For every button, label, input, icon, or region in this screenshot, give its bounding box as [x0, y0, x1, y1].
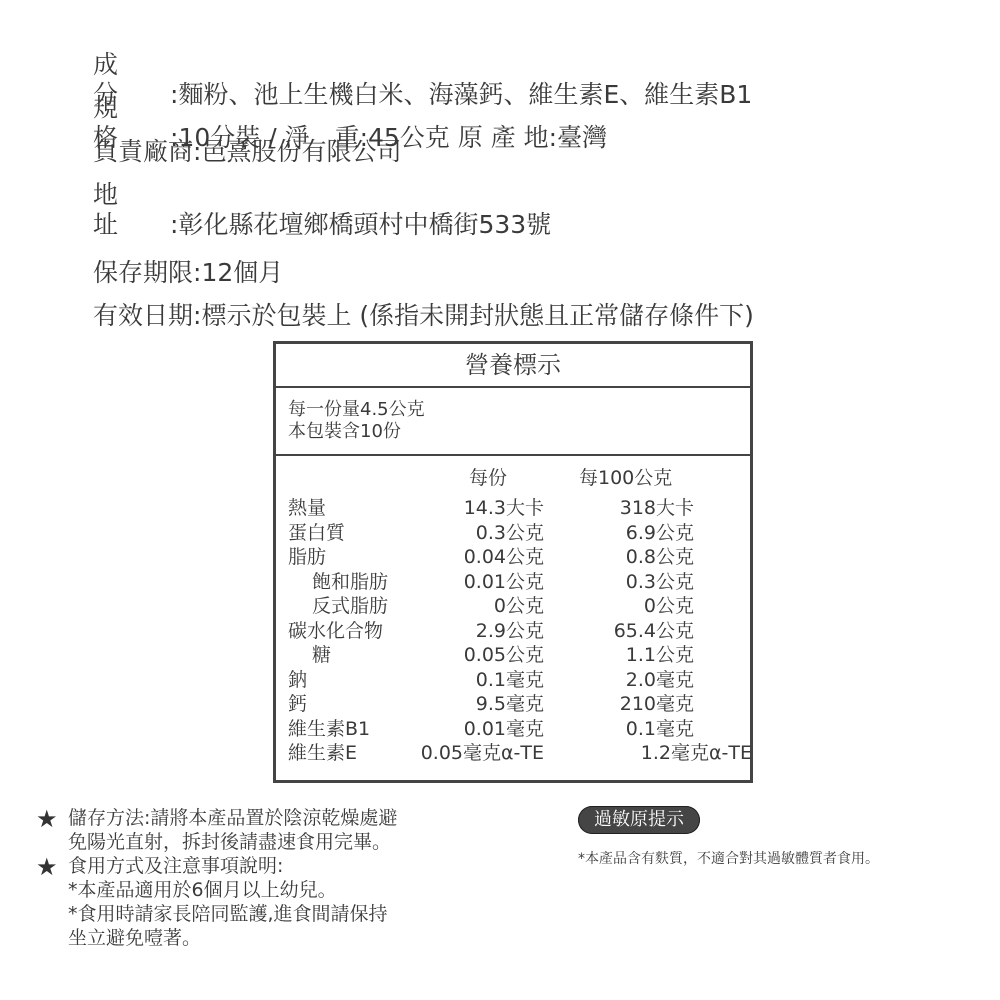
value-per-serving: 0公克 [494, 594, 544, 618]
value-per-100g: 2.0毫克 [626, 668, 694, 692]
servings-per-pack: 本包裝含10份 [288, 421, 401, 443]
nutrition-table: 營養標示 每一份量4.5公克 本包裝含10份 每份 每100公克 熱量14.3大… [273, 341, 753, 783]
nutrient-name: 熱量 [288, 496, 326, 520]
value-per-serving: 0.01毫克 [464, 717, 544, 741]
table-row: 鈣9.5毫克210毫克 [276, 692, 750, 716]
spec-line: 規 格:10分裝 / 淨 重:45公克 原 產 地:臺灣 [93, 93, 607, 123]
value-per-100g: 0.1毫克 [626, 717, 694, 741]
value-per-serving: 0.01公克 [464, 570, 544, 594]
serving-info: 每一份量4.5公克 本包裝含10份 [276, 388, 750, 456]
nutrient-name: 反式脂肪 [312, 594, 388, 618]
table-row: 碳水化合物2.9公克65.4公克 [276, 619, 750, 643]
nutrient-name: 飽和脂肪 [312, 570, 388, 594]
value-per-100g: 1.1公克 [626, 643, 694, 667]
usage-title: 食用方式及注意事項說明: [68, 854, 283, 878]
value-per-serving: 0.3公克 [476, 521, 544, 545]
address-label: 地 址 [93, 180, 170, 240]
usage-line-3: 坐立避免噎著。 [68, 926, 201, 950]
nutrition-body: 每份 每100公克 熱量14.3大卡318大卡蛋白質0.3公克6.9公克脂肪0.… [276, 456, 750, 780]
value-per-serving: 2.9公克 [476, 619, 544, 643]
value-per-100g: 1.2毫克α-TE [641, 741, 752, 765]
manufacturer-label: 負責廠商 [93, 137, 193, 166]
usage-line-1: *本產品適用於6個月以上幼兒。 [68, 878, 337, 902]
col-per-100g: 每100公克 [579, 466, 672, 490]
value-per-100g: 0公克 [644, 594, 694, 618]
nutrient-name: 維生素B1 [288, 717, 370, 741]
allergen-text: *本產品含有麩質，不適合對其過敏體質者食用。 [578, 850, 879, 868]
table-row: 維生素E0.05毫克α-TE1.2毫克α-TE [276, 741, 750, 765]
value-per-100g: 6.9公克 [626, 521, 694, 545]
col-per-serving: 每份 [469, 466, 507, 490]
expiry-value: 標示於包裝上 (係指未開封狀態且正常儲存條件下) [201, 301, 753, 330]
table-row: 反式脂肪0公克0公克 [276, 594, 750, 618]
nutrient-name: 鈉 [288, 668, 307, 692]
allergen-badge: 過敏原提示 [578, 806, 700, 834]
nutrition-title: 營養標示 [276, 344, 750, 388]
star-icon: ★ [36, 854, 58, 880]
nutrient-name: 鈣 [288, 692, 307, 716]
table-row: 脂肪0.04公克0.8公克 [276, 545, 750, 569]
table-row: 熱量14.3大卡318大卡 [276, 496, 750, 520]
nutrient-name: 碳水化合物 [288, 619, 383, 643]
table-row: 維生素B10.01毫克0.1毫克 [276, 717, 750, 741]
storage-line-1: 儲存方法:請將本產品置於陰涼乾燥處避 [68, 806, 397, 830]
nutrient-name: 糖 [312, 643, 331, 667]
value-per-serving: 0.04公克 [464, 545, 544, 569]
usage-line-2: *食用時請家長陪同監護,進食間請保持 [68, 902, 388, 926]
shelf-life-label: 保存期限 [93, 258, 193, 287]
address-line: 地 址:彰化縣花壇鄉橋頭村中橋街533號 [93, 180, 551, 210]
table-row: 飽和脂肪0.01公克0.3公克 [276, 570, 750, 594]
value-per-serving: 0.05毫克α-TE [421, 741, 544, 765]
table-row: 蛋白質0.3公克6.9公克 [276, 521, 750, 545]
shelf-life-value: 12個月 [201, 258, 283, 287]
address-value: 彰化縣花壇鄉橋頭村中橋街533號 [178, 210, 551, 239]
table-row: 糖0.05公克1.1公克 [276, 643, 750, 667]
nutrient-name: 維生素E [288, 741, 357, 765]
value-per-serving: 14.3大卡 [464, 496, 544, 520]
shelf-life-line: 保存期限:12個月 [93, 258, 283, 288]
artifact-dot [463, 216, 466, 217]
nutrient-name: 蛋白質 [288, 521, 345, 545]
storage-line-2: 免陽光直射，拆封後請盡速食用完畢。 [68, 830, 391, 854]
manufacturer-value: 邑熹股份有限公司 [201, 137, 401, 166]
value-per-100g: 0.8公克 [626, 545, 694, 569]
nutrient-name: 脂肪 [288, 545, 326, 569]
manufacturer-line: 負責廠商:邑熹股份有限公司 [93, 137, 401, 167]
value-per-100g: 210毫克 [620, 692, 694, 716]
expiry-line: 有效日期:標示於包裝上 (係指未開封狀態且正常儲存條件下) [93, 301, 754, 331]
value-per-serving: 0.05公克 [464, 643, 544, 667]
value-per-serving: 9.5毫克 [476, 692, 544, 716]
value-per-100g: 0.3公克 [626, 570, 694, 594]
value-per-100g: 65.4公克 [614, 619, 694, 643]
serving-size: 每一份量4.5公克 [288, 399, 425, 421]
table-row: 鈉0.1毫克2.0毫克 [276, 668, 750, 692]
value-per-serving: 0.1毫克 [476, 668, 544, 692]
star-icon: ★ [36, 806, 58, 832]
ingredients-line: 成 分:麵粉、池上生機白米、海藻鈣、維生素E、維生素B1 [93, 50, 752, 80]
value-per-100g: 318大卡 [620, 496, 694, 520]
expiry-label: 有效日期 [93, 301, 193, 330]
